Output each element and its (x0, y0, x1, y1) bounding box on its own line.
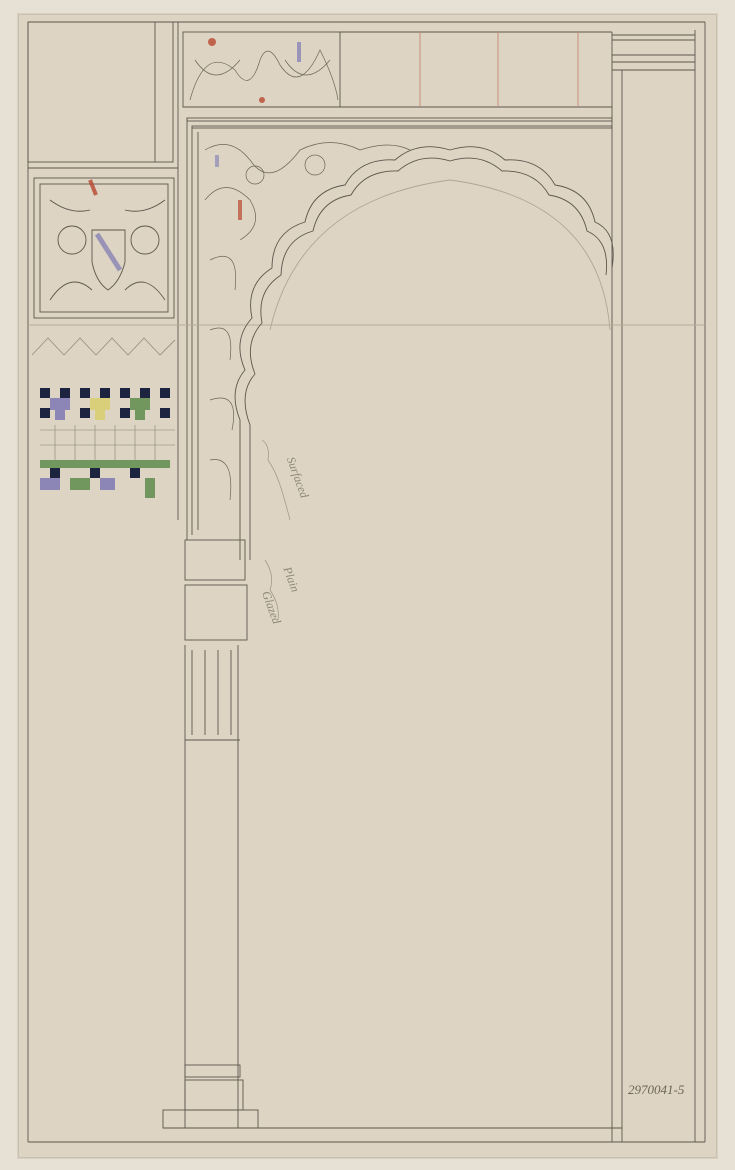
inventory-number: 2970041-5 (628, 1082, 684, 1098)
architectural-drawing (0, 0, 735, 1170)
zellij-tiles (40, 388, 175, 498)
